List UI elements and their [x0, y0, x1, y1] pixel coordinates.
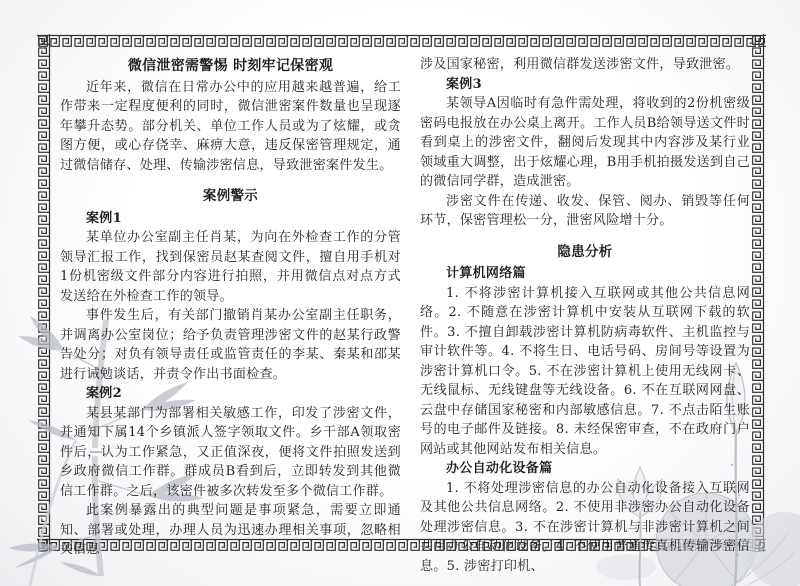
- case1-label: 案例1: [60, 209, 401, 229]
- page: 微信泄密需警惕 时刻牢记保密观 近年来，微信在日常办公中的应用越来越普遍，给工作…: [0, 0, 800, 586]
- computer-network-heading: 计算机网络篇: [420, 264, 750, 284]
- case-warning-heading: 案例警示: [60, 187, 401, 207]
- case3-paragraph-1: 某领导A因临时有急件需处理，将收到的2份机密级密码电报放在办公桌上离开。工作人员…: [420, 94, 750, 192]
- intro-paragraph: 近年来，微信在日常办公中的应用越来越普遍，给工作带来一定程度便利的同时，微信泄密…: [60, 78, 401, 176]
- case2-label: 案例2: [60, 384, 401, 404]
- left-column: 微信泄密需警惕 时刻牢记保密观 近年来，微信在日常办公中的应用越来越普遍，给工作…: [60, 57, 401, 560]
- case3-label: 案例3: [420, 75, 750, 95]
- office-automation-heading: 办公自动化设备篇: [420, 459, 750, 479]
- hazard-analysis-heading: 隐患分析: [420, 243, 750, 263]
- doc-title: 微信泄密需警惕 时刻牢记保密观: [60, 57, 401, 77]
- case2-paragraph-1: 某县某部门为部署相关敏感工作，印发了涉密文件，并通知下属14个乡镇派人签字领取文…: [60, 404, 401, 502]
- case1-paragraph-2: 事件发生后，有关部门撤销肖某办公室副主任职务，并调离办公室岗位；给予负责管理涉密…: [60, 306, 401, 384]
- case2-paragraph-2-left: 此案例暴露出的典型问题是事项紧急，需要立即通知、部署或处理，办理人员为迅速办理相…: [60, 501, 401, 560]
- right-column: 涉及国家秘密，利用微信群发送涉密文件，导致泄密。 案例3 某领导A因临时有急件需…: [420, 55, 750, 576]
- computer-network-text: 1. 不将涉密计算机接入互联网或其他公共信息网络。2. 不随意在涉密计算机中安装…: [420, 284, 750, 460]
- case2-paragraph-2-continuation: 涉及国家秘密，利用微信群发送涉密文件，导致泄密。: [420, 55, 750, 75]
- case1-paragraph-1: 某单位办公室副主任肖某，为向在外检查工作的分管领导汇报工作，找到保密员赵某查阅文…: [60, 228, 401, 306]
- office-automation-text: 1. 不将处理涉密信息的办公自动化设备接入互联网及其他公共信息网络。2. 不使用…: [420, 479, 750, 577]
- case3-paragraph-2: 涉密文件在传递、收发、保管、阅办、销毁等任何环节，保密管理松一分，泄密风险增十分…: [420, 192, 750, 231]
